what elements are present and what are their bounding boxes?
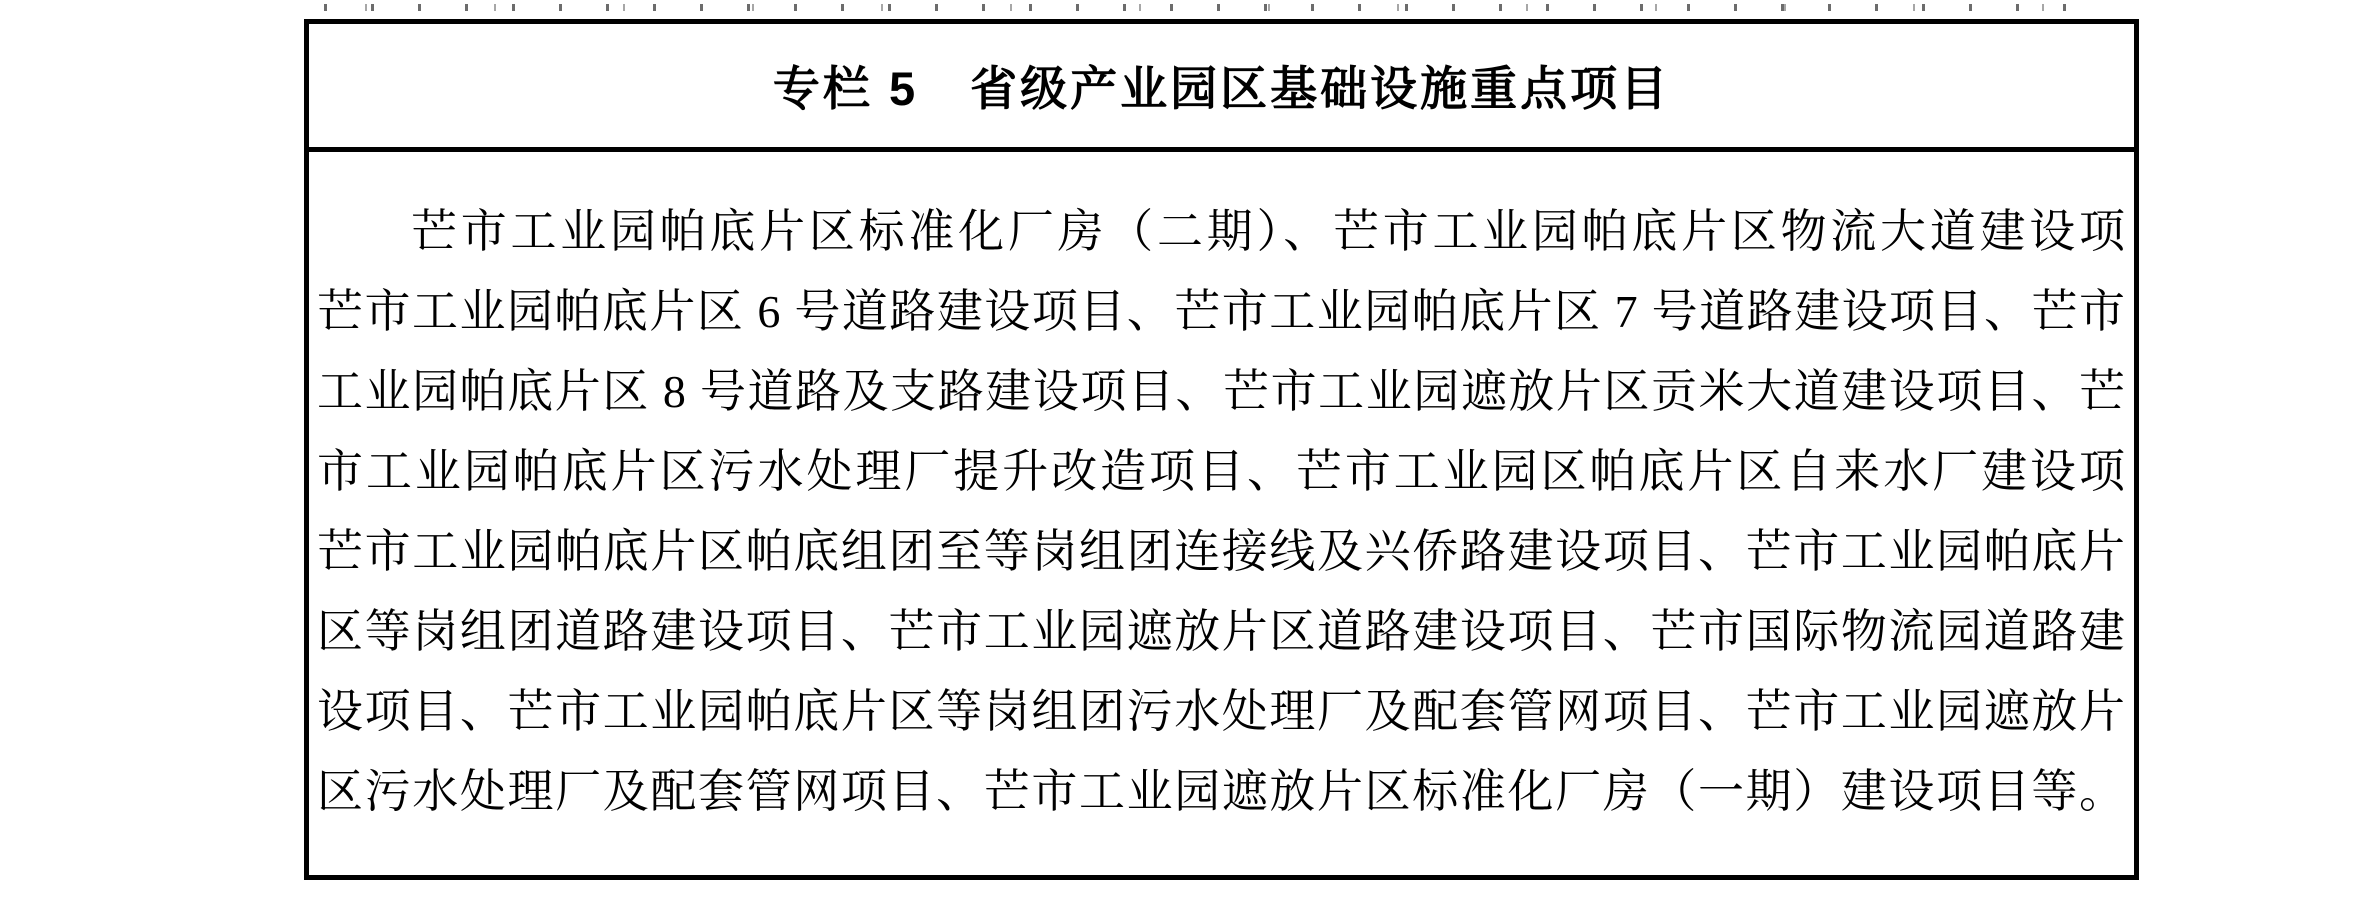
body-line-4: 市工业园帕底片区污水处理厂提升改造项目、芒市工业园区帕底片区自来水厂建设项目、	[317, 432, 2126, 512]
body-line-6: 区等岗组团道路建设项目、芒市工业园遮放片区道路建设项目、芒市国际物流园道路建	[317, 592, 2126, 672]
body-line-5: 芒市工业园帕底片区帕底组团至等岗组团连接线及兴侨路建设项目、芒市工业园帕底片	[317, 512, 2126, 592]
box-body: 芒市工业园帕底片区标准化厂房（二期）、芒市工业园帕底片区物流大道建设项目、 芒市…	[309, 152, 2134, 832]
document-page: 专栏 5 省级产业园区基础设施重点项目 芒市工业园帕底片区标准化厂房（二期）、芒…	[0, 0, 2379, 916]
clipped-text-remnant	[292, 4, 2097, 11]
body-line-1: 芒市工业园帕底片区标准化厂房（二期）、芒市工业园帕底片区物流大道建设项目、	[317, 192, 2126, 272]
body-line-7: 设项目、芒市工业园帕底片区等岗组团污水处理厂及配套管网项目、芒市工业园遮放片	[317, 672, 2126, 752]
body-line-2: 芒市工业园帕底片区 6 号道路建设项目、芒市工业园帕底片区 7 号道路建设项目、…	[317, 272, 2126, 352]
box-header-label: 专栏 5	[773, 52, 918, 119]
column-box: 专栏 5 省级产业园区基础设施重点项目 芒市工业园帕底片区标准化厂房（二期）、芒…	[304, 19, 2139, 880]
box-header: 专栏 5 省级产业园区基础设施重点项目	[309, 24, 2134, 152]
body-line-3: 工业园帕底片区 8 号道路及支路建设项目、芒市工业园遮放片区贡米大道建设项目、芒	[317, 352, 2126, 432]
box-header-title: 省级产业园区基础设施重点项目	[970, 52, 1670, 119]
body-line-8: 区污水处理厂及配套管网项目、芒市工业园遮放片区标准化厂房（一期）建设项目等。	[317, 752, 2126, 832]
